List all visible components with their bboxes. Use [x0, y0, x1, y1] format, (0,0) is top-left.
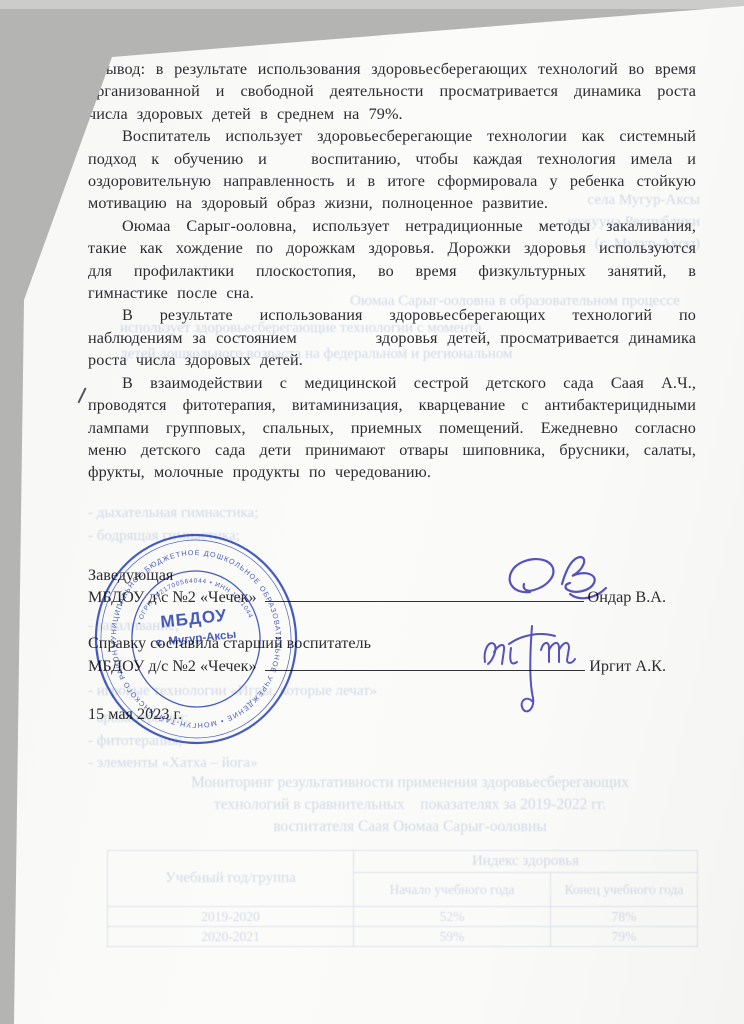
monitoring-title-line: Мониторинг результативности применения з… [130, 772, 690, 794]
table-cell: 52% [354, 907, 551, 927]
document-body: Вывод: в результате использования здоров… [88, 58, 696, 484]
stamp-location: с. Мугур-Аксы [155, 629, 237, 649]
stamp-org-abbreviation: МБДОУ [160, 606, 228, 632]
table-row: 2019-2020 52% 78% [108, 907, 698, 927]
body-paragraph: В результате использования здоровьесбере… [88, 304, 696, 371]
scanner-background-strip [0, 0, 744, 9]
table-cell: 59% [354, 927, 551, 947]
bleedthrough-table: Учебный год/группа Индекс здоровья Начал… [107, 850, 698, 947]
table-subheader-cell: Конец учебного года [551, 873, 698, 907]
table-cell: 2019-2020 [108, 907, 354, 927]
monitoring-title-line: технологий в сравнительных показателях з… [130, 794, 690, 816]
bleedthrough-list-item: - дыхательная гимнастика; [88, 505, 258, 522]
stamp-ring-text: МУНИЦИПАЛЬНОЕ БЮДЖЕТНОЕ ДОШКОЛЬНОЕ ОБРАЗ… [79, 520, 292, 741]
author-signature [475, 618, 605, 720]
table-header-cell: Индекс здоровья [354, 851, 698, 873]
table-header-cell: Учебный год/группа [108, 851, 354, 907]
body-paragraph: В взаимодействии с медицинской сестрой д… [88, 372, 696, 484]
scanned-document-page: { "doc": { "paragraphs": [ "Вывод: в рез… [0, 0, 744, 1024]
director-signature [500, 550, 620, 614]
body-paragraph: Вывод: в результате использования здоров… [88, 58, 696, 125]
body-paragraph: Воспитатель использует здоровьесберегающ… [88, 125, 696, 215]
conclusion-text: Вывод: в результате использования здоров… [88, 58, 696, 484]
paper-sheet: села Мугур-Аксы кожууна Республики (с. М… [0, 0, 744, 1024]
table-subheader-cell: Начало учебного года [354, 873, 551, 907]
table-cell: 79% [551, 927, 698, 947]
bleedthrough-list-item: - элементы «Хатха – йога» [88, 755, 258, 772]
table-cell: 78% [551, 907, 698, 927]
bleedthrough-monitoring-title: Мониторинг результативности применения з… [130, 772, 690, 838]
table-cell: 2020-2021 [108, 927, 354, 947]
official-stamp: МУНИЦИПАЛЬНОЕ БЮДЖЕТНОЕ ДОШКОЛЬНОЕ ОБРАЗ… [79, 520, 313, 759]
body-paragraph: Оюмаа Сарыг-ооловна, использует нетрадиц… [88, 215, 696, 305]
table-row: 2020-2021 59% 79% [108, 927, 698, 947]
monitoring-title-line: воспитателя Саая Оюмаа Сарыг-ооловны [130, 816, 690, 838]
